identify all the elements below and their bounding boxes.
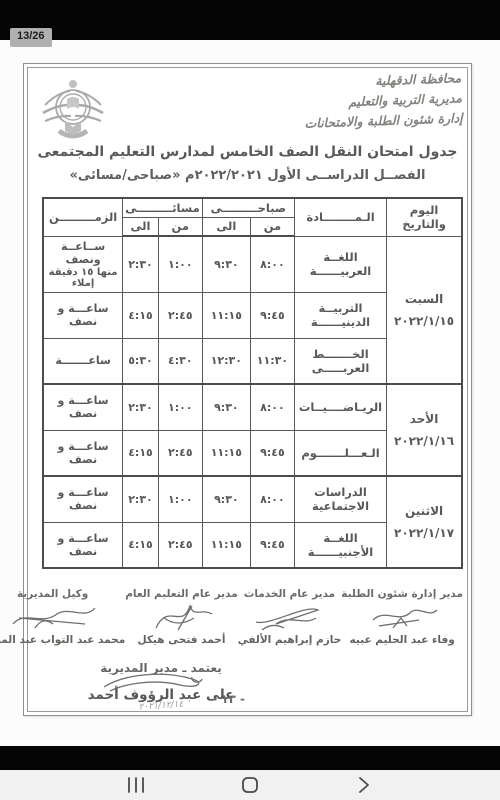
duration-cell: ساعـــة و نصف <box>43 292 123 338</box>
signature-row: مدير إدارة شئون الطلبة وفاء عبد الحليم ع… <box>32 588 463 646</box>
time-cell: ٩:٣٠ <box>202 384 250 430</box>
signature-name: محمد عبد التواب عبد المولى <box>0 634 125 646</box>
day-date: ٢٠٢٢/١/١٥ <box>394 314 454 328</box>
time-cell: ١٢:٣٠ <box>202 338 250 384</box>
day-name: السبت <box>405 292 443 306</box>
document-title: جدول امتحان النقل الصف الخامس لمدارس الت… <box>24 144 471 160</box>
time-cell: ٢:٣٠ <box>123 476 159 522</box>
duration-cell: ساعـــة و نصف <box>43 476 123 522</box>
day-date: ٢٠٢٢/١/١٧ <box>394 526 454 540</box>
day-cell-saturday: السبت ٢٠٢٢/١/١٥ <box>387 236 462 384</box>
signature-general-education: مدير عام التعليم العام أحمد فتحى هيكل <box>125 588 238 646</box>
header-subject: الـمــــــــادة <box>294 198 386 236</box>
recents-button[interactable] <box>123 774 149 796</box>
signature-scribble-icon <box>359 600 445 634</box>
header-evening: مسائـــــــــى <box>123 198 203 217</box>
subject-cell: الريـاضــــيــات <box>294 384 386 430</box>
subject-cell: التربيــة الدينيــــــة <box>294 292 386 338</box>
scanned-document: محافظة الدقهلية مديرية التربية والتعليم … <box>23 63 472 716</box>
approval-label: يعتمد ـ مدير المديرية <box>66 661 256 675</box>
time-cell: ١١:١٥ <box>202 430 250 476</box>
header-morning: صباحـــــــــى <box>202 198 294 217</box>
back-button[interactable] <box>351 774 377 796</box>
time-cell: ٨:٠٠ <box>250 236 294 292</box>
duration-cell: ساعـــة و نصف <box>43 384 123 430</box>
time-cell: ٤:١٥ <box>123 522 159 568</box>
signature-student-affairs: مدير إدارة شئون الطلبة وفاء عبد الحليم ع… <box>341 588 463 646</box>
recents-icon <box>126 777 146 793</box>
time-cell: ٢:٣٠ <box>123 236 159 292</box>
time-cell: ٩:٤٥ <box>250 430 294 476</box>
home-icon <box>241 776 259 794</box>
time-cell: ٢:٣٠ <box>123 384 159 430</box>
header-evening-to: الى <box>123 217 159 236</box>
bottom-letterbox <box>0 746 500 770</box>
day-date: ٢٠٢٢/١/١٦ <box>394 434 454 448</box>
table-row: الأحد ٢٠٢٢/١/١٦ الريـاضــــيــات ٨:٠٠ ٩:… <box>43 384 462 430</box>
time-cell: ٩:٣٠ <box>202 476 250 522</box>
duration-cell: ساعـــة و نصف <box>43 522 123 568</box>
time-cell: ٨:٠٠ <box>250 476 294 522</box>
time-cell: ٢:٤٥ <box>158 522 202 568</box>
time-cell: ٤:٣٠ <box>158 338 202 384</box>
header-morning-to: الى <box>202 217 250 236</box>
day-cell-sunday: الأحد ٢٠٢٢/١/١٦ <box>387 384 462 476</box>
signature-title: مدير إدارة شئون الطلبة <box>341 588 463 600</box>
time-cell: ١١:٣٠ <box>250 338 294 384</box>
duration-text: ســاعــة ونصف <box>61 240 105 266</box>
home-button[interactable] <box>237 774 263 796</box>
time-cell: ٢:٤٥ <box>158 292 202 338</box>
page-indicator: 13/26 <box>10 28 52 47</box>
duration-note: منها ١٥ دقيقة إملاء <box>45 267 121 289</box>
duration-cell: ساعـــــــة <box>43 338 123 384</box>
header-morning-from: من <box>250 217 294 236</box>
day-name: الاثنين <box>405 504 443 518</box>
time-cell: ١:٠٠ <box>158 476 202 522</box>
letterhead: محافظة الدقهلية مديرية التربية والتعليم … <box>246 68 463 135</box>
document-subtitle: الفصــل الدراســى الأول ٢٠٢٢/٢٠٢١م «صباح… <box>24 168 471 183</box>
time-cell: ٤:١٥ <box>123 430 159 476</box>
time-cell: ٨:٠٠ <box>250 384 294 430</box>
subject-cell: الدراسات الاجتماعية <box>294 476 386 522</box>
subject-cell: اللغــة العربيــــــة <box>294 236 386 292</box>
time-cell: ٩:٣٠ <box>202 236 250 292</box>
table-row: السبت ٢٠٢٢/١/١٥ اللغــة العربيــــــة ٨:… <box>43 236 462 292</box>
time-cell: ٢:٤٥ <box>158 430 202 476</box>
signature-deputy: وكيل المديرية محمد عبد التواب عبد المولى <box>0 588 125 646</box>
header-day-date: اليوم والتاريخ <box>387 198 462 236</box>
time-cell: ٥:٣٠ <box>123 338 159 384</box>
status-bar <box>0 0 500 40</box>
document-page-number: - ١٣ - <box>212 692 245 706</box>
duration-cell: ســاعــة ونصف منها ١٥ دقيقة إملاء <box>43 236 123 292</box>
time-cell: ١١:١٥ <box>202 292 250 338</box>
time-cell: ١١:١٥ <box>202 522 250 568</box>
time-cell: ٤:١٥ <box>123 292 159 338</box>
table-row: الاثنين ٢٠٢٢/١/١٧ الدراسات الاجتماعية ٨:… <box>43 476 462 522</box>
signature-scribble-icon <box>246 600 332 634</box>
header-duration: الزمـــــــــن <box>43 198 123 236</box>
subject-cell: الخـــــــط العربـــــى <box>294 338 386 384</box>
back-chevron-icon <box>358 776 370 794</box>
subject-cell: الـعـــلـــــــوم <box>294 430 386 476</box>
signature-name: أحمد فتحى هيكل <box>125 634 238 646</box>
signature-title: وكيل المديرية <box>0 588 125 600</box>
signature-scribble-icon <box>138 600 224 634</box>
time-cell: ١:٠٠ <box>158 384 202 430</box>
exam-schedule-table: اليوم والتاريخ الـمــــــــادة صباحـــــ… <box>42 197 463 569</box>
phone-screen: 13/26 محافظة الدقهلية مديرية التربي <box>0 0 500 800</box>
signature-title: مدير عام الخدمات <box>238 588 342 600</box>
time-cell: ٩:٤٥ <box>250 292 294 338</box>
day-cell-monday: الاثنين ٢٠٢٢/١/١٧ <box>387 476 462 568</box>
signature-name: وفاء عبد الحليم عبيه <box>341 634 463 646</box>
governorate-stamp-icon <box>37 75 109 149</box>
day-name: الأحد <box>410 412 439 426</box>
signature-services: مدير عام الخدمات حازم إبراهيم الألفي <box>238 588 342 646</box>
android-navigation-bar <box>0 770 500 800</box>
signature-title: مدير عام التعليم العام <box>125 588 238 600</box>
signature-name: حازم إبراهيم الألفي <box>238 634 342 646</box>
duration-cell: ساعـــة و نصف <box>43 430 123 476</box>
time-cell: ٩:٤٥ <box>250 522 294 568</box>
signature-scribble-icon <box>5 600 101 634</box>
subject-cell: اللغــة الأجنبيــــــة <box>294 522 386 568</box>
header-evening-from: من <box>158 217 202 236</box>
time-cell: ١:٠٠ <box>158 236 202 292</box>
